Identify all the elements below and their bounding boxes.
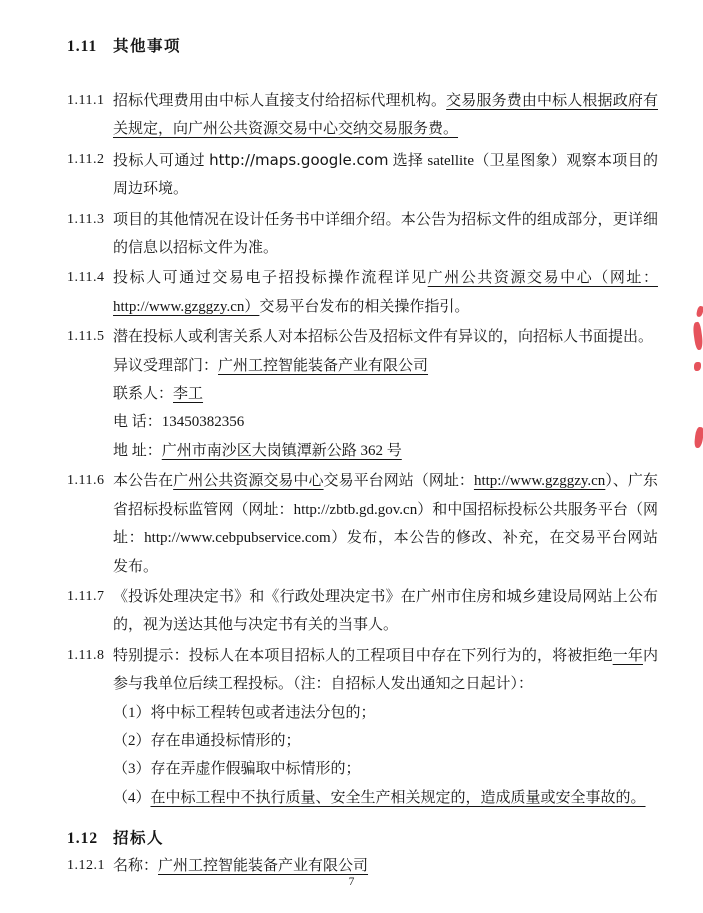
heading-number: 1.12 [67, 828, 113, 850]
item-text: 特别提示：投标人在本项目招标人的工程项目中存在下列行为的，将被拒绝一年内参与我单… [113, 642, 658, 812]
underlined-text-run: http://www.gzggzy.cn [474, 473, 605, 489]
text-line: （2）存在串通投标情形的； [113, 727, 658, 755]
item-text: 投标人可通过 http://maps.google.com 选择 satelli… [113, 146, 658, 204]
text-run: 《投诉处理决定书》和《行政处理决定书》在广州市住房和城乡建设局网站上公布的，视为… [113, 589, 658, 633]
doc-item-1-11-5: 1.11.5潜在投标人或利害关系人对本招标公告及招标文件有异议的，向招标人书面提… [67, 323, 658, 465]
text-run: （3）存在弄虚作假骗取中标情形的； [113, 761, 361, 777]
underlined-text-run: 广州公共资源交易中心 [173, 473, 323, 489]
item-number: 1.11.7 [67, 583, 113, 640]
doc-item-1-11-1: 1.11.1招标代理费用由中标人直接支付给招标代理机构。交易服务费由中标人根据政… [67, 87, 658, 144]
heading-title: 其他事项 [113, 36, 181, 58]
text-line: 本公告在广州公共资源交易中心交易平台网站（网址：http://www.gzggz… [113, 467, 658, 581]
item-text: 项目的其他情况在设计任务书中详细介绍。本公告为招标文件的组成部分，更详细的信息以… [113, 206, 658, 263]
text-run: 异议受理部门： [113, 358, 218, 374]
text-run: 选择 [389, 153, 428, 169]
text-run: 地 址： [113, 443, 162, 459]
section-heading-1-12: 1.12招标人 [67, 828, 658, 850]
doc-item-1-11-2: 1.11.2投标人可通过 http://maps.google.com 选择 s… [67, 146, 658, 204]
heading-title: 招标人 [113, 828, 164, 850]
text-line: （3）存在弄虚作假骗取中标情形的； [113, 755, 658, 783]
item-number: 1.11.4 [67, 264, 113, 321]
item-number: 1.11.8 [67, 642, 113, 812]
text-line: 《投诉处理决定书》和《行政处理决定书》在广州市住房和城乡建设局网站上公布的，视为… [113, 583, 658, 640]
doc-item-1-11-4: 1.11.4投标人可通过交易电子招投标操作流程详见广州公共资源交易中心（网址：h… [67, 264, 658, 321]
document-body: 1.11其他事项1.11.1招标代理费用由中标人直接支付给招标代理机构。交易服务… [67, 36, 658, 881]
red-ink-fragment [696, 305, 703, 317]
text-line: 投标人可通过交易电子招投标操作流程详见广州公共资源交易中心（网址：http://… [113, 264, 658, 321]
text-run: （1）将中标工程转包或者违法分包的； [113, 705, 376, 721]
page-number: 7 [0, 876, 703, 888]
text-run: 投标人可通过交易电子招投标操作流程详见 [113, 270, 428, 286]
doc-item-1-11-6: 1.11.6本公告在广州公共资源交易中心交易平台网站（网址：http://www… [67, 467, 658, 581]
text-line: 异议受理部门：广州工控智能装备产业有限公司 [113, 352, 658, 380]
underlined-text-run: 广州工控智能装备产业有限公司 [158, 858, 368, 874]
text-line: 招标代理费用由中标人直接支付给招标代理机构。交易服务费由中标人根据政府有关规定，… [113, 87, 658, 144]
underlined-text-run: 在中标工程中不执行质量、安全生产相关规定的，造成质量或安全事故的。 [151, 790, 646, 806]
section-heading-1-11: 1.11其他事项 [67, 36, 658, 58]
doc-item-1-11-7: 1.11.7《投诉处理决定书》和《行政处理决定书》在广州市住房和城乡建设局网站上… [67, 583, 658, 640]
text-run: 投标人可通过 [113, 153, 209, 169]
red-ink-fragment [694, 362, 701, 371]
underlined-text-run: 广州工控智能装备产业有限公司 [218, 358, 428, 374]
text-line: （4）在中标工程中不执行质量、安全生产相关规定的，造成质量或安全事故的。 [113, 784, 658, 812]
text-line: 潜在投标人或利害关系人对本招标公告及招标文件有异议的，向招标人书面提出。 [113, 323, 658, 351]
item-text: 潜在投标人或利害关系人对本招标公告及招标文件有异议的，向招标人书面提出。异议受理… [113, 323, 658, 465]
item-text: 招标代理费用由中标人直接支付给招标代理机构。交易服务费由中标人根据政府有关规定，… [113, 87, 658, 144]
underlined-text-run: 一年 [613, 648, 643, 664]
text-run: satellite [427, 153, 474, 169]
item-number: 1.11.6 [67, 467, 113, 581]
text-line: 地 址：广州市南沙区大岗镇潭新公路 362 号 [113, 437, 658, 465]
text-line: 电 话：13450382356 [113, 408, 658, 436]
text-line: 投标人可通过 http://maps.google.com 选择 satelli… [113, 146, 658, 204]
text-run: 交易平台发布的相关操作指引。 [259, 299, 469, 315]
item-text: 投标人可通过交易电子招投标操作流程详见广州公共资源交易中心（网址：http://… [113, 264, 658, 321]
text-line: 特别提示：投标人在本项目招标人的工程项目中存在下列行为的，将被拒绝一年内参与我单… [113, 642, 658, 699]
underlined-text-run: 李工 [173, 386, 203, 402]
text-line: （1）将中标工程转包或者违法分包的； [113, 699, 658, 727]
item-number: 1.11.1 [67, 87, 113, 144]
red-ink-fragment [694, 427, 703, 449]
text-run: http://maps.google.com [209, 151, 388, 169]
item-text: 本公告在广州公共资源交易中心交易平台网站（网址：http://www.gzggz… [113, 467, 658, 581]
item-number: 1.11.2 [67, 146, 113, 204]
text-run: （4） [113, 790, 151, 806]
text-run: 交易平台网站（网址： [324, 473, 474, 489]
text-run: 联系人： [113, 386, 173, 402]
text-run: 13450382356 [162, 414, 245, 430]
item-number: 1.11.5 [67, 323, 113, 465]
text-run: 特别提示：投标人在本项目招标人的工程项目中存在下列行为的，将被拒绝 [113, 648, 613, 664]
text-run: 招标代理费用由中标人直接支付给招标代理机构。 [113, 93, 446, 109]
item-text: 《投诉处理决定书》和《行政处理决定书》在广州市住房和城乡建设局网站上公布的，视为… [113, 583, 658, 640]
red-ink-fragment [692, 322, 703, 351]
scanned-document-page: 1.11其他事项1.11.1招标代理费用由中标人直接支付给招标代理机构。交易服务… [0, 0, 703, 913]
doc-item-1-11-3: 1.11.3项目的其他情况在设计任务书中详细介绍。本公告为招标文件的组成部分，更… [67, 206, 658, 263]
text-run: （2）存在串通投标情形的； [113, 733, 301, 749]
doc-item-1-11-8: 1.11.8特别提示：投标人在本项目招标人的工程项目中存在下列行为的，将被拒绝一… [67, 642, 658, 812]
text-line: 项目的其他情况在设计任务书中详细介绍。本公告为招标文件的组成部分，更详细的信息以… [113, 206, 658, 263]
item-number: 1.11.3 [67, 206, 113, 263]
text-run: 本公告在 [113, 473, 173, 489]
heading-number: 1.11 [67, 36, 113, 58]
text-run: 名称： [113, 858, 158, 874]
text-run: 潜在投标人或利害关系人对本招标公告及招标文件有异议的，向招标人书面提出。 [113, 329, 653, 345]
text-line: 联系人：李工 [113, 380, 658, 408]
text-run: 项目的其他情况在设计任务书中详细介绍。本公告为招标文件的组成部分，更详细的信息以… [113, 212, 658, 256]
text-run: 电 话： [113, 414, 162, 430]
underlined-text-run: 广州市南沙区大岗镇潭新公路 362 号 [162, 443, 402, 459]
